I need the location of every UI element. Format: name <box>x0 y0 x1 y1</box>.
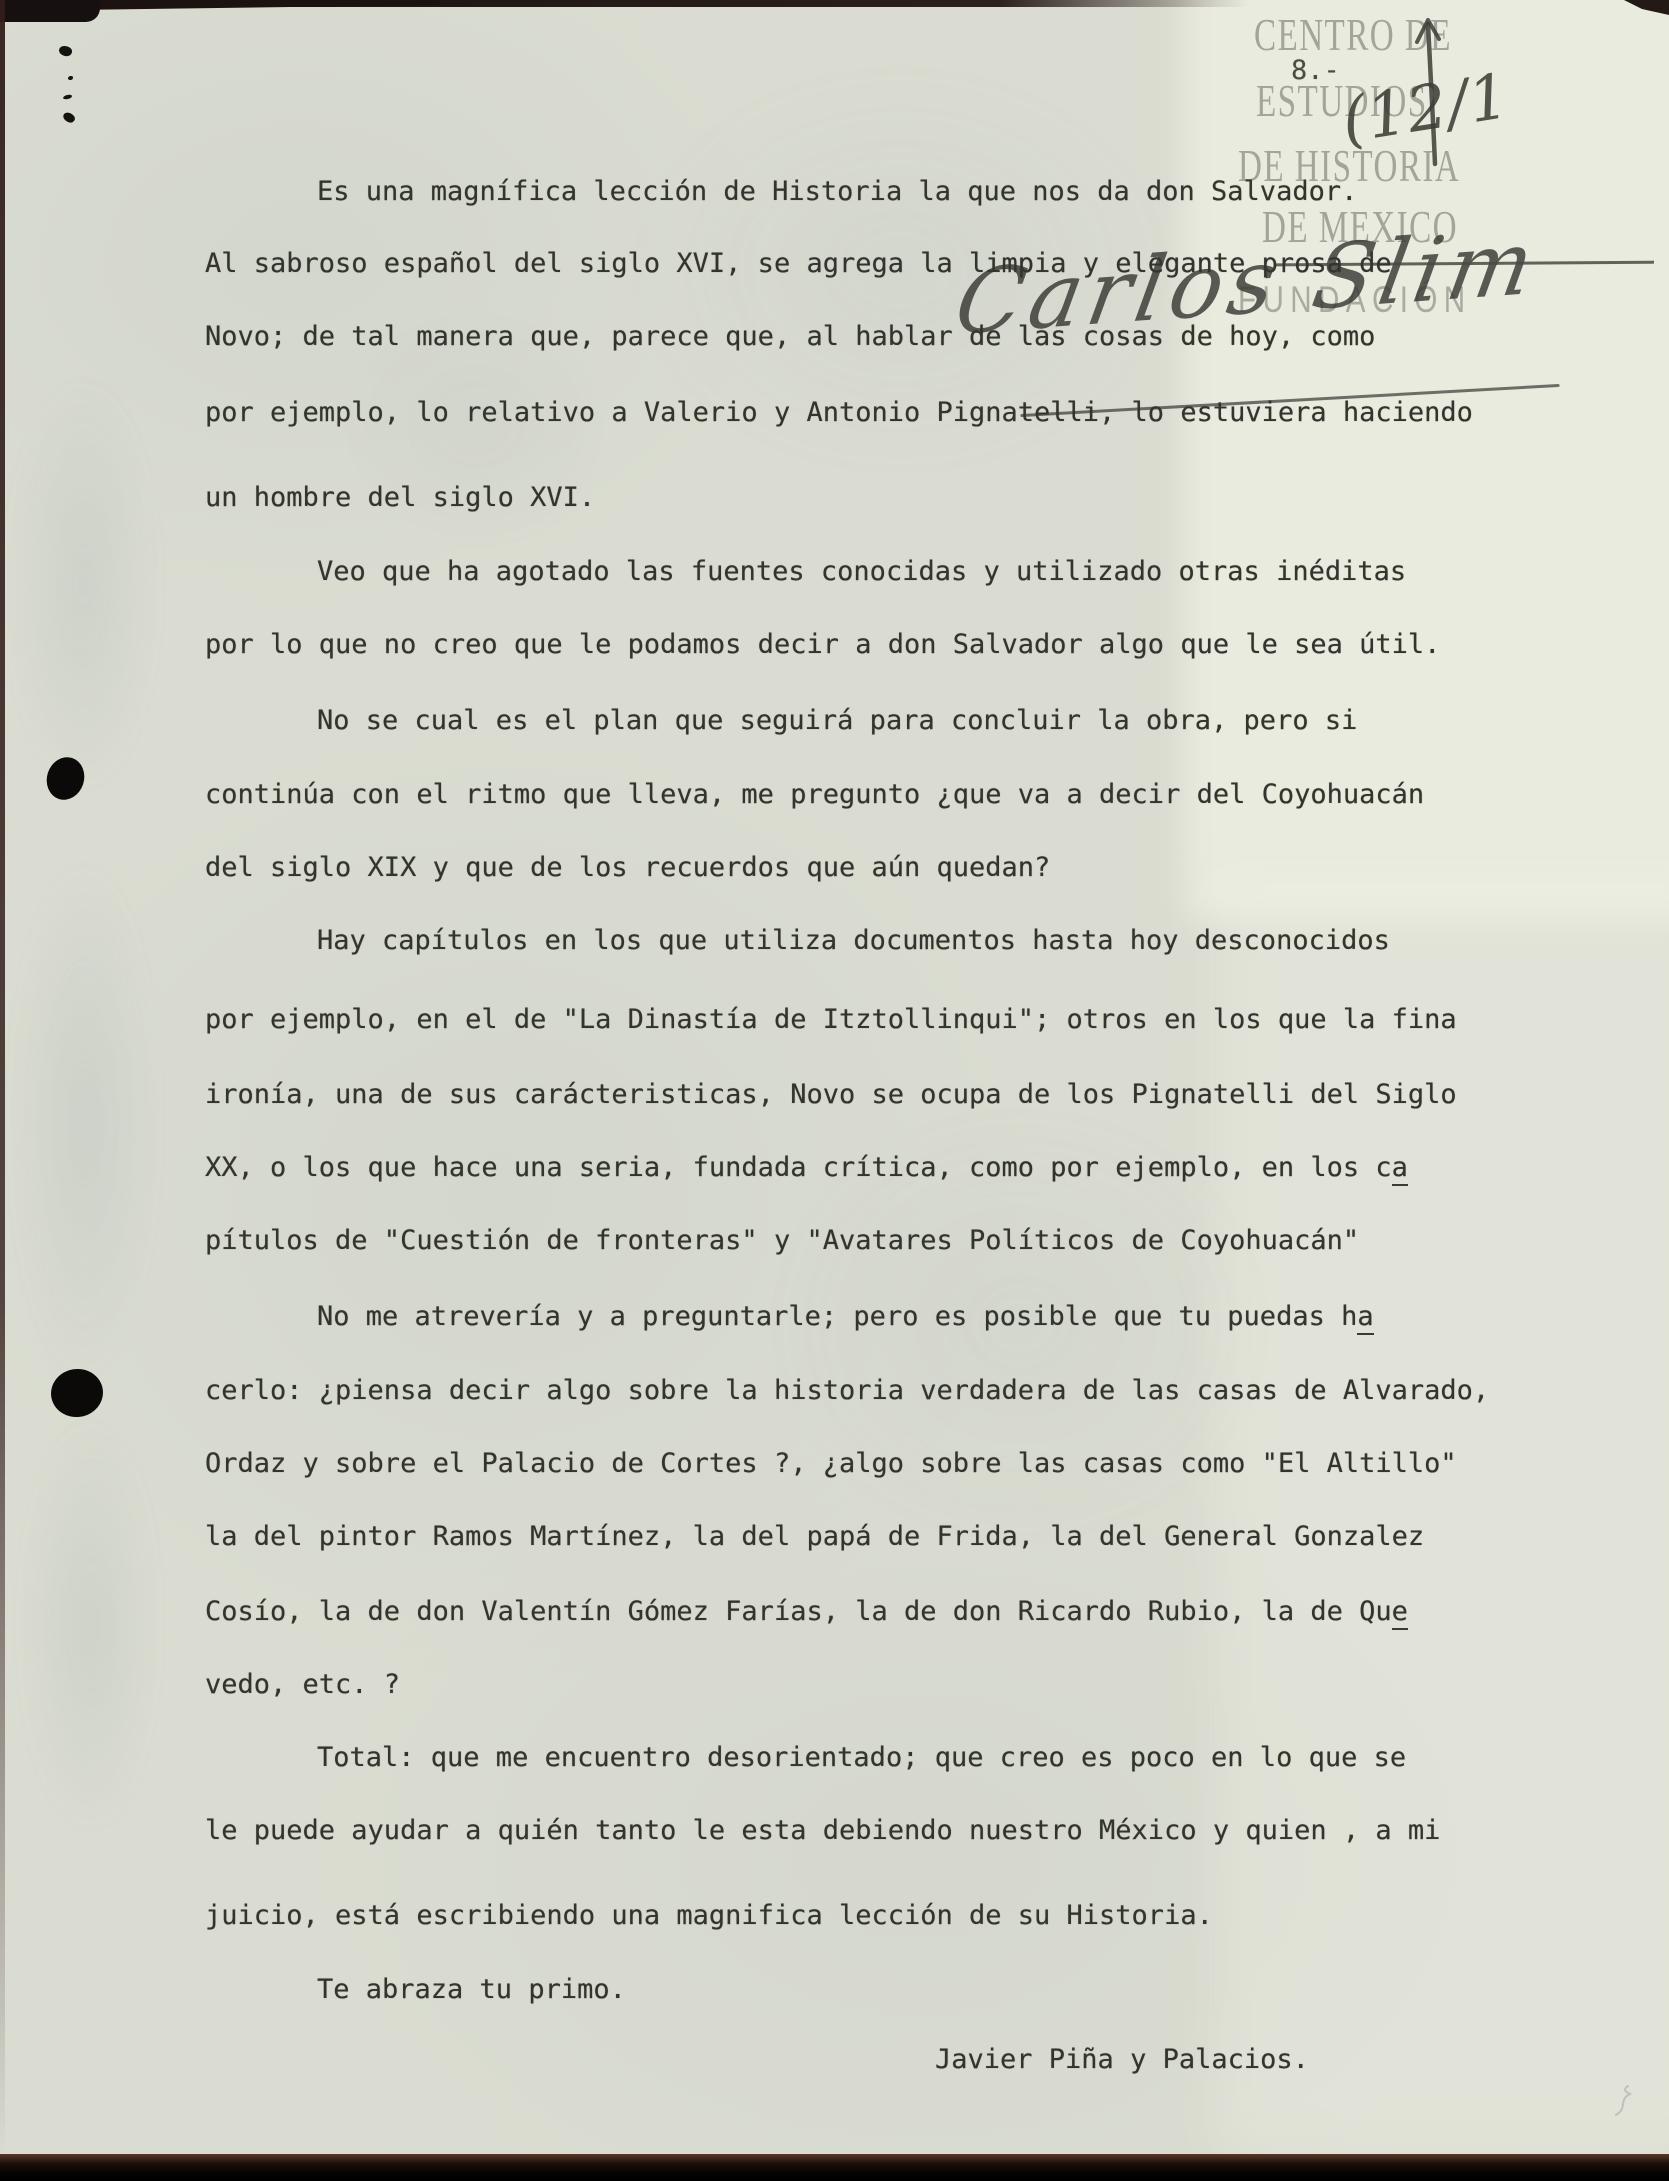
page-number: 8.- <box>1291 55 1340 86</box>
typed-line: Al sabroso español del siglo XVI, se agr… <box>205 249 1392 279</box>
typed-line: la del pintor Ramos Martínez, la del pap… <box>205 1522 1424 1552</box>
typed-line: Veo que ha agotado las fuentes conocidas… <box>317 557 1406 587</box>
typed-line: un hombre del siglo XVI. <box>205 483 595 513</box>
typed-line: por ejemplo, en el de "La Dinastía de It… <box>205 1005 1457 1035</box>
scanned-letter-page: CENTRO DE ESTUDIOS DE HISTORIA DE MEXICO… <box>0 0 1669 2181</box>
handwritten-annotation: (12/13) <box>1338 6 1508 176</box>
typed-line: ironía, una de sus carácteristicas, Novo… <box>205 1080 1457 1110</box>
ink-bleed-mark <box>12 850 157 1390</box>
pencil-mark <box>1612 2084 1638 2118</box>
scan-edge-left <box>0 0 5 2160</box>
ink-speck <box>57 44 73 59</box>
typed-line: Total: que me encuentro desorientado; qu… <box>317 1743 1406 1773</box>
typed-line: Ordaz y sobre el Palacio de Cortes ?, ¿a… <box>205 1449 1457 1479</box>
scan-edge-bottom <box>0 2154 1669 2181</box>
ink-speck <box>63 94 73 100</box>
typed-line: pítulos de "Cuestión de fronteras" y "Av… <box>205 1226 1359 1256</box>
typed-line: por ejemplo, lo relativo a Valerio y Ant… <box>205 398 1473 428</box>
typed-line: del siglo XIX y que de los recuerdos que… <box>205 853 1050 883</box>
typed-line: por lo que no creo que le podamos decir … <box>205 630 1440 660</box>
typed-line: No se cual es el plan que seguirá para c… <box>317 706 1357 736</box>
typed-line: Cosío, la de don Valentín Gómez Farías, … <box>205 1597 1408 1627</box>
typed-line: Hay capítulos en los que utiliza documen… <box>317 926 1390 956</box>
typed-line: Javier Piña y Palacios. <box>935 2045 1309 2075</box>
typed-line: Te abraza tu primo. <box>317 1975 626 2005</box>
typed-line: juicio, está escribiendo una magnifica l… <box>205 1901 1213 1931</box>
typed-line: Novo; de tal manera que, parece que, al … <box>205 322 1375 352</box>
ink-bleed-mark <box>8 370 158 800</box>
typed-line: XX, o los que hace una seria, fundada cr… <box>205 1153 1408 1183</box>
ink-bleed-mark <box>22 1410 157 1840</box>
ink-speck <box>68 76 73 80</box>
annotation-text: (12/13) <box>1338 48 1508 157</box>
typed-line: vedo, etc. ? <box>205 1670 400 1700</box>
ink-speck <box>62 110 77 125</box>
typed-line: continúa con el ritmo que lleva, me preg… <box>205 780 1424 810</box>
typed-line: No me atrevería y a preguntarle; pero es… <box>317 1302 1374 1332</box>
typed-line: cerlo: ¿piensa decir algo sobre la histo… <box>205 1376 1489 1406</box>
typed-line: le puede ayudar a quién tanto le esta de… <box>205 1816 1440 1846</box>
scan-light-band <box>1215 880 1669 2160</box>
scan-edge-corner <box>0 0 100 22</box>
typed-line: Es una magnífica lección de Historia la … <box>317 177 1357 207</box>
